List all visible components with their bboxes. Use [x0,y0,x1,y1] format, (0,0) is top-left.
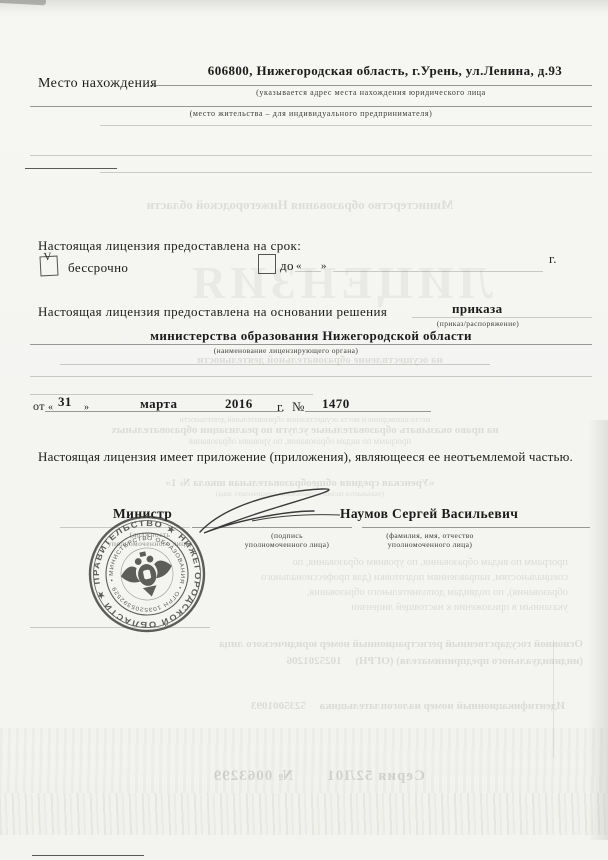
bleedthrough-frame-line [553,640,554,758]
term-year-suffix: г. [549,251,557,267]
location-label: Место нахождения [38,76,157,92]
basis-authority: министерства образования Нижегородской о… [30,328,592,344]
rule-until-date [333,271,543,272]
signature-caption-line1: (подпись [212,531,362,540]
rule-short-left [25,168,117,169]
annex-note: Настоящая лицензия имеет приложение (при… [38,449,573,465]
stamp-eagle-emblem [117,547,177,602]
rule-name [362,527,590,528]
name-caption-line2: уполномоченного лица) [355,540,505,549]
date-prefix: от [33,399,45,414]
rule-line-5 [100,172,592,173]
scan-top-edge [0,0,608,13]
term-indefinite-checkbox: V [39,256,58,277]
rule-location [150,85,592,86]
signature-caption-line2: уполномоченного лица) [212,540,362,549]
date-quote-close: » [84,402,89,413]
date-year-suffix: г. [277,399,285,415]
basis-heading: Настоящая лицензия предоставлена на осно… [38,304,387,320]
location-caption-1: (указывается адрес места нахождения юрид… [150,88,592,97]
location-value: 606800, Нижегородская область, г.Урень, … [205,63,565,79]
rule-basis-value [412,317,592,318]
rule-line-3 [100,125,592,126]
bleedthrough-mid-small: место нахождения и места осуществления о… [95,415,515,424]
term-until-checkbox [258,254,276,274]
bleedthrough-header: Министерство образования Нижегородской о… [105,197,495,213]
date-number: 1470 [322,396,350,412]
rule-line-4 [30,155,592,156]
date-day: 31 [58,394,72,410]
date-quote-open: « [48,402,53,413]
date-month: марта [140,396,177,412]
rule-line-2 [30,106,592,107]
term-checkbox-mark: V [43,251,52,263]
official-stamp: ПРАВИТЕЛЬСТВО ★ НИЖЕГОРОДСКОЙ ОБЛАСТИ ★ … [76,503,218,645]
bleedthrough-series: Серия 52Л01 № 0063299 [95,768,425,785]
date-year: 2016 [225,396,253,412]
term-quote-open: « [296,260,302,272]
bleedthrough-inn-line: Идентификационный номер налогоплательщик… [230,700,565,712]
basis-authority-caption: (наименование лицензирующего органа) [30,346,542,355]
name-caption-line1: (фамилия, имя, отчество [355,531,505,540]
term-until-prefix: до [280,258,294,274]
rule-authority [30,344,592,345]
term-quote-close: » [321,260,327,272]
signatory-name: Наумов Сергей Васильевич [340,506,518,522]
rule-line-7 [30,376,592,377]
rule-page-bottom [32,855,144,856]
basis-caption: (приказ/распоряжение) [423,319,533,328]
scanned-license-page: Министерство образования Нижегородской о… [0,0,608,860]
rule-line-6 [60,364,490,365]
date-number-sign: № [292,399,305,415]
bleedthrough-paragraph: программ по видам образования, по уровня… [246,555,568,615]
bleedthrough-mid-bold: на право оказывать образовательные услуг… [45,424,565,436]
rule-line-8 [30,394,313,395]
term-indefinite-label: бессрочно [68,260,128,276]
term-heading: Настоящая лицензия предоставлена на срок… [38,238,301,254]
bleedthrough-ogrn-line1: Основной государственный регистрационный… [235,638,583,650]
basis-value: приказа [452,301,503,317]
bleedthrough-mid-tail: программ по видам образования, по уровня… [120,436,480,446]
scan-grain-band [0,793,608,835]
bleedthrough-ogrn-line2: (индивидуального предпринимателя) (ОГРН)… [235,655,583,667]
location-caption-2: (место жительства – для индивидуального … [30,109,592,118]
